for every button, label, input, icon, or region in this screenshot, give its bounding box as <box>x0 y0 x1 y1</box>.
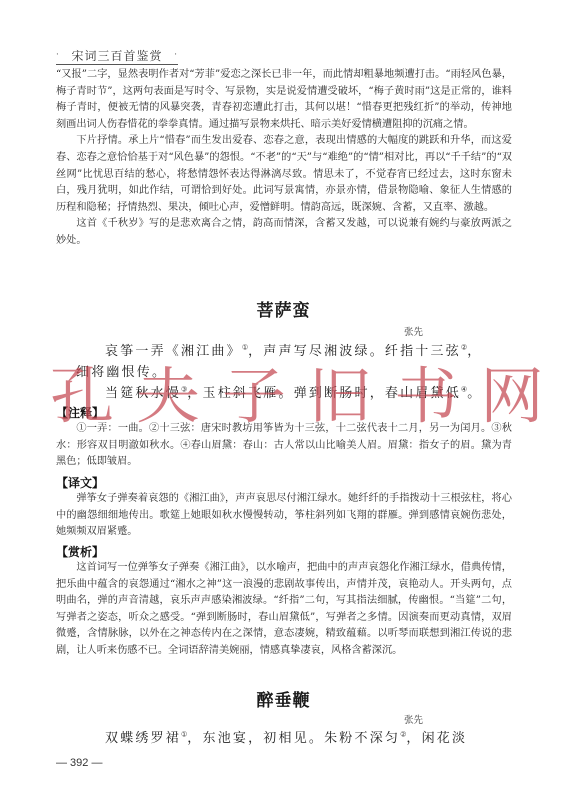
poem-author: 张先 <box>404 712 423 726</box>
commentary-paragraph: 下片抒情。承上片“惜春”而生发出爱春、恋春之意，表现出情感的大幅度的跳跃和升华，… <box>56 133 512 216</box>
translation-text: 弹筝女子弹奏着哀怨的《湘江曲》，声声哀思尽付湘江绿水。她纤纤的手指拨动十三根弦柱… <box>56 491 512 541</box>
page-number: — 392 — <box>56 757 102 769</box>
poem-line: 细将幽恨传。 <box>76 361 167 380</box>
notes-text: ①一弄：一曲。②十三弦：唐宋时教坊用筝皆为十三弦，十二弦代表十二月，另一为闰月。… <box>56 421 512 471</box>
ornament-dot: · <box>56 50 60 60</box>
poem-line: 哀筝一弄《湘江曲》①，声声写尽湘波绿。纤指十三弦②， <box>105 340 482 359</box>
running-head: · 宋词三百首鉴赏 · <box>56 46 178 65</box>
appreciation-text: 这首词写一位弹筝女子弹奏《湘江曲》，以水喻声，把曲中的声声哀怨化作湘江绿水，借典… <box>56 560 512 660</box>
appreciation-body: 这首词写一位弹筝女子弹奏《湘江曲》，以水喻声，把曲中的声声哀怨化作湘江绿水，借典… <box>56 560 512 660</box>
notes-heading: 【注释】 <box>56 404 104 421</box>
notes-body: ①一弄：一曲。②十三弦：唐宋时教坊用筝皆为十三弦，十二弦代表十二月，另一为闰月。… <box>56 421 512 471</box>
poem-line: 当筵秋水慢③，玉柱斜飞雁。弹到断肠时，春山眉黛低④。 <box>105 382 482 401</box>
poem-line: 双蝶绣罗裙①，东池宴，初相见。朱粉不深匀②，闲花淡 <box>105 727 467 746</box>
poem-title: 菩萨蛮 <box>0 296 567 321</box>
book-title: 宋词三百首鉴赏 <box>71 47 162 64</box>
appreciation-heading: 【赏析】 <box>56 543 104 560</box>
translation-body: 弹筝女子弹奏着哀怨的《湘江曲》，声声哀思尽付湘江绿水。她纤纤的手指拨动十三根弦柱… <box>56 491 512 541</box>
translation-heading: 【译文】 <box>56 474 104 491</box>
poem-author: 张先 <box>404 324 423 338</box>
ornament-dot: · <box>174 50 178 60</box>
poem-title: 醉垂鞭 <box>0 686 567 711</box>
book-page: · 宋词三百首鉴赏 · “又报”二字，显然表明作者对“芳菲”爱恋之深长已非一年，… <box>0 0 567 800</box>
previous-commentary: “又报”二字，显然表明作者对“芳菲”爱恋之深长已非一年，而此情却粗暴地频遭打击。… <box>56 67 512 250</box>
commentary-paragraph: 这首《千秋岁》写的是悲欢离合之情，韵高而情深，含蓄又发越，可以说兼有婉约与豪放两… <box>56 216 512 249</box>
commentary-paragraph: “又报”二字，显然表明作者对“芳菲”爱恋之深长已非一年，而此情却粗暴地频遭打击。… <box>56 67 512 133</box>
